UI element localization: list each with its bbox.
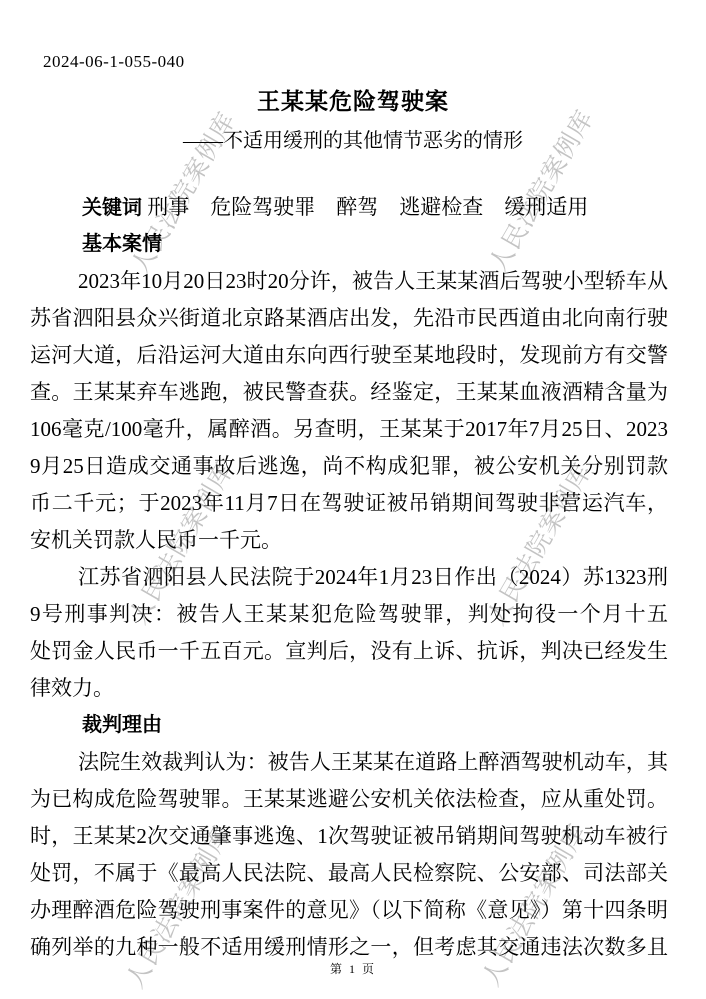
body-line: 处罚金人民币一千五百元。宣判后，没有上诉、抗诉，判决已经发生法 [30,633,668,670]
case-title: 王某某危险驾驶案 [0,83,706,116]
body-line: 106毫克/100毫升，属醉酒。另查明，王某某于2017年7月25日、2023年 [30,411,668,448]
body-line: 币二千元；于2023年11月7日在驾驶证被吊销期间驾驶非营运汽车，被公 [30,485,668,522]
body-line: 时，王某某2次交通肇事逃逸、1次驾驶证被吊销期间驾驶机动车被行政 [30,818,668,855]
section-heading: 基本案情 [30,226,668,263]
body-line: 江苏省泗阳县人民法院于2024年1月23日作出（2024）苏1323刑初 [30,559,668,596]
keywords-label: 关键词 [82,197,142,219]
case-subtitle: ——不适用缓刑的其他情节恶劣的情形 [0,124,706,153]
body-line: 处罚，不属于《最高人民法院、最高人民检察院、公安部、司法部关于 [30,855,668,892]
body-line: 查。王某某弃车逃跑，被民警查获。经鉴定，王某某血液酒精含量为 [30,374,668,411]
body-line: 律效力。 [30,670,668,707]
document-body: 关键词 刑事 危险驾驶罪 醉驾 逃避检查 缓刑适用 基本案情2023年10月20… [30,189,668,966]
body-line: 苏省泗阳县众兴街道北京路某酒店出发，先沿市民西道由北向南行驶至 [30,300,668,337]
body-line: 安机关罚款人民币一千元。 [30,522,668,559]
body-line: 9月25日造成交通事故后逃逸，尚不构成犯罪，被公安机关分别罚款人民 [30,448,668,485]
body-line: 2023年10月20日23时20分许，被告人王某某酒后驾驶小型轿车从江 [30,263,668,300]
body-line: 为已构成危险驾驶罪。王某某逃避公安机关依法检查，应从重处罚。同 [30,781,668,818]
body-line: 运河大道，后沿运河大道由东向西行驶至某地段时，发现前方有交警检 [30,337,668,374]
body-line: 法院生效裁判认为：被告人王某某在道路上醉酒驾驶机动车，其行 [30,744,668,781]
page-number: 第 1 页 [0,960,706,977]
section-heading: 裁判理由 [30,707,668,744]
content-layer: 2024-06-1-055-040 王某某危险驾驶案 ——不适用缓刑的其他情节恶… [0,0,706,999]
body-line: 办理醉酒危险驾驶刑事案件的意见》（以下简称《意见》）第十四条明 [30,892,668,929]
keywords-text: 刑事 危险驾驶罪 醉驾 逃避检查 缓刑适用 [142,195,588,219]
case-document-number: 2024-06-1-055-040 [43,52,185,72]
keywords-line: 关键词 刑事 危险驾驶罪 醉驾 逃避检查 缓刑适用 [30,189,668,226]
document-page: 人民法院案例库 人民法院案例库 人民法院案例库 人民法院案例库 人民法院案例库 … [0,0,706,999]
body-line: 9号刑事判决：被告人王某某犯危险驾驶罪，判处拘役一个月十五日，并 [30,596,668,633]
